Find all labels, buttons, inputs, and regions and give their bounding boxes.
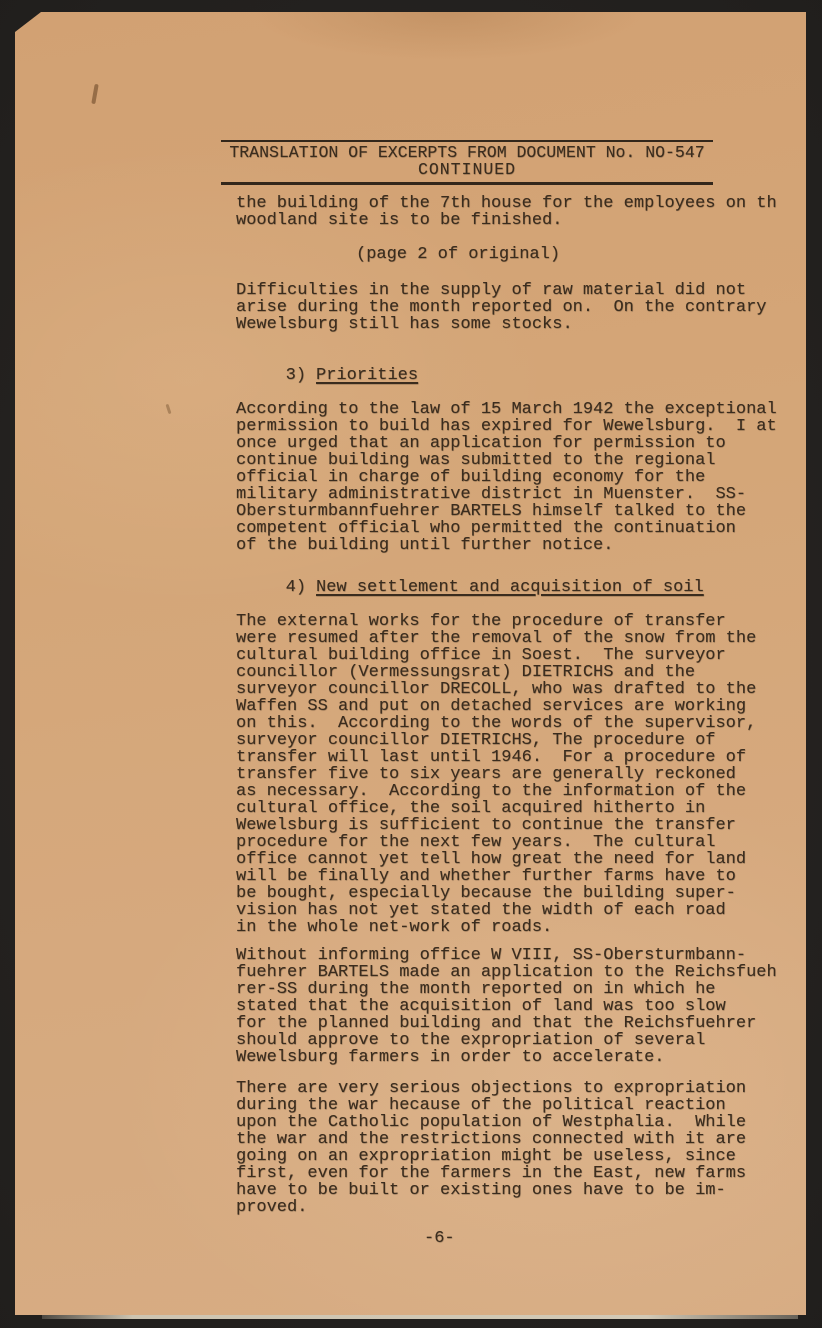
intro-paragraph: the building of the 7th house for the em… [236, 195, 804, 229]
section-new-settlement-paragraph-3: There are very serious objections to exp… [236, 1080, 804, 1216]
page-number: -6- [424, 1230, 804, 1247]
section-new-settlement-paragraph-1: The external works for the procedure of … [236, 613, 804, 936]
document-header: TRANSLATION OF EXCERPTS FROM DOCUMENT No… [221, 140, 713, 185]
paper-fiber-fleck [166, 404, 172, 414]
section-new-settlement: 4)New settlement and acquisition of soil… [204, 562, 804, 1216]
supply-paragraph: Difficulties in the supply of raw materi… [236, 282, 804, 333]
document-subtitle: CONTINUED [221, 161, 713, 178]
document-title: TRANSLATION OF EXCERPTS FROM DOCUMENT No… [221, 144, 713, 161]
paper-fiber-fleck [91, 84, 98, 104]
section-new-settlement-title: New settlement and acquisition of soil [316, 578, 704, 597]
section-priorities-title: Priorities [316, 366, 418, 385]
section-priorities: 3)Priorities According to the law of 15 … [204, 350, 804, 554]
section-new-settlement-heading: 4)New settlement and acquisition of soil [204, 562, 804, 613]
section-new-settlement-paragraph-2: Without informing office W VIII, SS-Ober… [236, 947, 804, 1066]
paper-bottom-edge [42, 1315, 798, 1319]
scan-background: { "document": { "header": { "title": "TR… [0, 0, 822, 1328]
page-note: (page 2 of original) [356, 246, 804, 263]
section-new-settlement-number: 4) [286, 578, 306, 597]
document-page: TRANSLATION OF EXCERPTS FROM DOCUMENT No… [15, 12, 806, 1315]
section-priorities-number: 3) [286, 366, 306, 385]
section-priorities-paragraph: According to the law of 15 March 1942 th… [236, 401, 804, 554]
typewritten-content: TRANSLATION OF EXCERPTS FROM DOCUMENT No… [204, 140, 804, 1247]
section-priorities-heading: 3)Priorities [204, 350, 804, 401]
